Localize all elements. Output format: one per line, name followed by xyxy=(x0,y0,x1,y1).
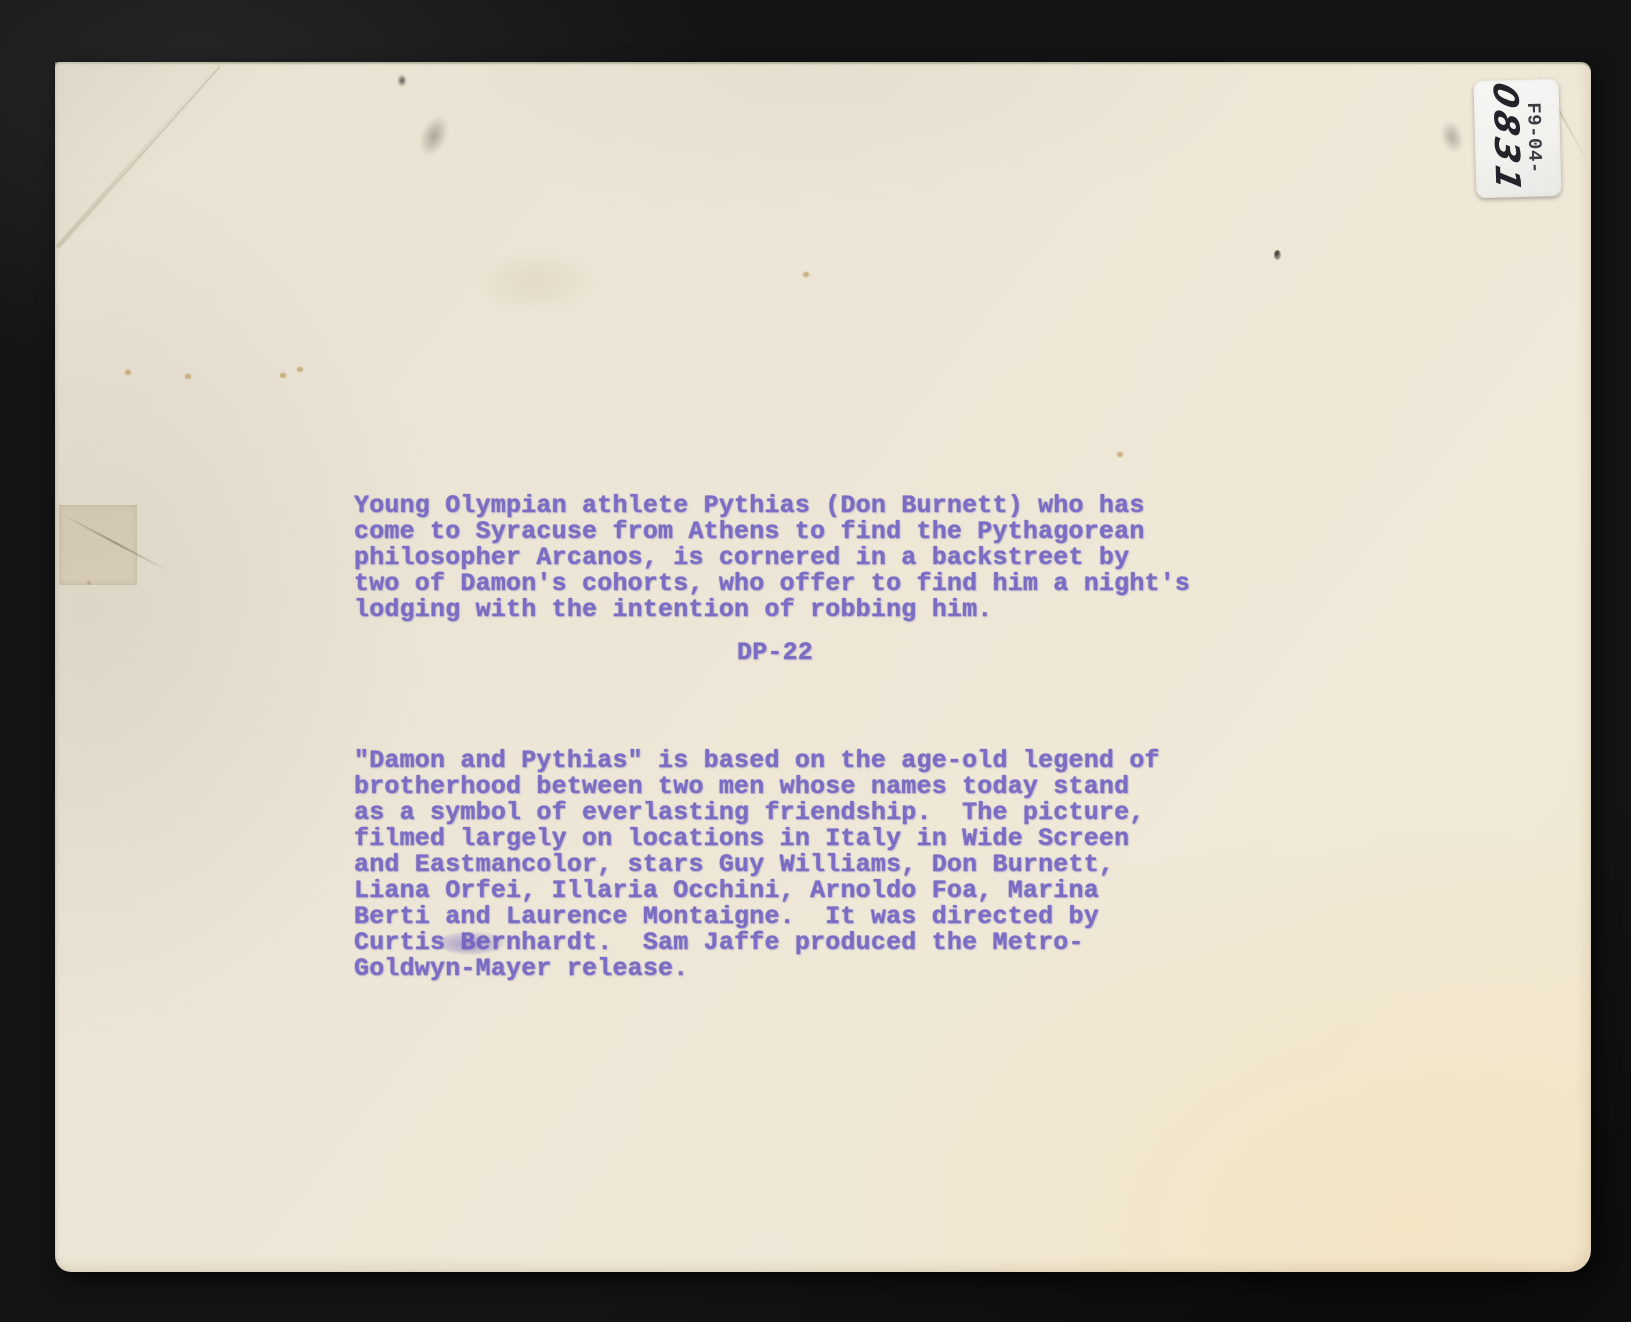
caption-text: Young Olympian athlete Pythias (Don Burn… xyxy=(354,493,1190,623)
foxing-speck xyxy=(803,272,809,277)
foxing-speck xyxy=(1117,452,1123,457)
scratch-line xyxy=(63,514,168,571)
dirt-speck xyxy=(1274,250,1281,260)
sticker-rotated-content: F9-04- 0831 xyxy=(1473,79,1561,198)
crease-line xyxy=(56,65,219,248)
foxing-speck xyxy=(280,373,286,378)
tape-residue xyxy=(59,505,137,585)
foxing-speck xyxy=(297,367,303,372)
scan-background: Young Olympian athlete Pythias (Don Burn… xyxy=(0,0,1631,1322)
photo-code: DP-22 xyxy=(737,640,813,666)
photo-verso-paper: Young Olympian athlete Pythias (Don Burn… xyxy=(55,62,1591,1272)
sticker-handwritten-number: 0831 xyxy=(1488,80,1525,198)
ink-smudge xyxy=(397,74,407,87)
foxing-speck xyxy=(125,370,131,375)
ink-smudge xyxy=(1436,117,1467,156)
archive-sticker: F9-04- 0831 xyxy=(1473,79,1561,198)
corner-wear xyxy=(55,62,285,252)
typewriter-overstrike xyxy=(438,932,504,954)
paper-stain xyxy=(475,252,595,312)
foxing-speck xyxy=(185,374,191,379)
ink-smudge xyxy=(413,111,455,162)
